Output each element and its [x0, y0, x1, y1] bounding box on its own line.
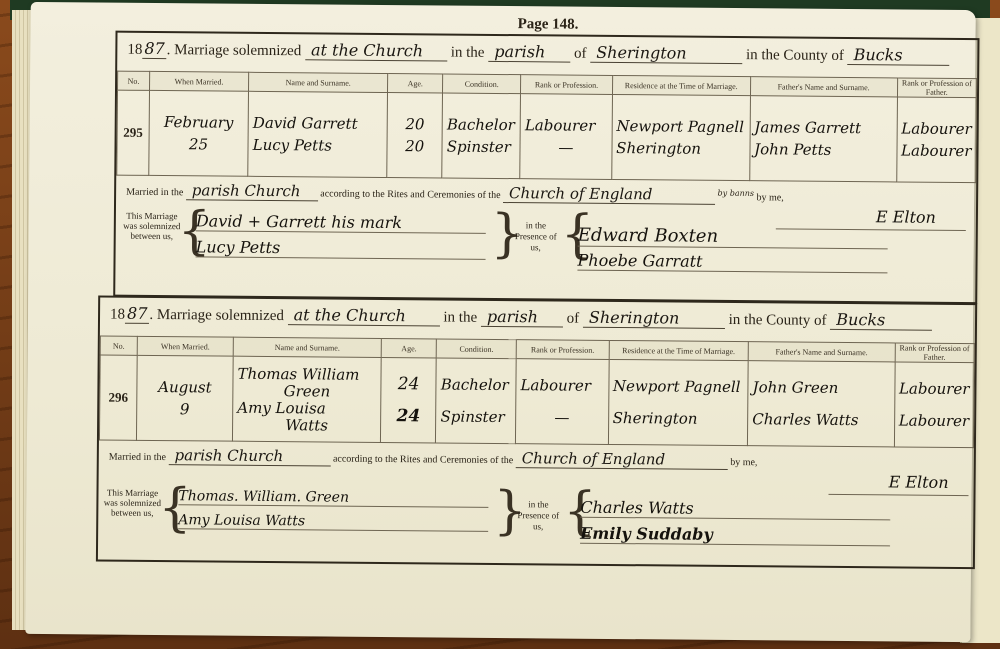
bride-signature: Lucy Petts [196, 237, 486, 260]
table-row: 296 August 9 Thomas William Green Amy Lo… [99, 355, 974, 448]
presence-label: in the Presence of us, [511, 220, 561, 253]
condition-cell: Bachelor Spinster [436, 358, 516, 444]
col-age: Age. [381, 338, 437, 357]
register-table: No. When Married. Name and Surname. Age.… [116, 71, 977, 184]
residence-cell: Newport Pagnell Sherington [611, 94, 750, 180]
names-cell: Thomas William Green Amy Louisa Watts [233, 356, 382, 442]
names-cell: David Garrett Lucy Petts [248, 91, 388, 177]
label-of: of [574, 46, 587, 62]
groom-age: 24 [385, 373, 432, 395]
groom-signature: David + Garrett his mark [196, 211, 486, 234]
label-in-the: in the [451, 45, 485, 61]
col-rank: Rank or Profession. [521, 75, 613, 95]
witness-2: Phoebe Garratt [577, 251, 887, 274]
place-value: at the Church [305, 40, 447, 61]
ages-cell: 20 20 [387, 93, 443, 178]
label-marriage-solemnized: Marriage solemnized [174, 42, 301, 59]
place-value: at the Church [288, 305, 440, 326]
witness-1: Charles Watts [580, 498, 890, 521]
groom-father-rank: Labourer [899, 377, 970, 400]
presence-label: in the Presence of us, [513, 499, 563, 532]
label-of: of [814, 313, 827, 329]
when-married-cell: February 25 [149, 90, 249, 176]
when-married-cell: August 9 [136, 355, 233, 441]
bride-age: 20 [392, 135, 438, 157]
married-in-value: parish Church [168, 446, 330, 466]
bride-name-line1: Amy Louisa [237, 399, 376, 418]
col-residence: Residence at the Time of Marriage. [609, 340, 749, 360]
rites-note: by banns [718, 189, 755, 198]
officiant-signature: E Elton [889, 472, 949, 492]
col-residence: Residence at the Time of Marriage. [612, 75, 750, 95]
district-type-value: parish [481, 307, 563, 328]
marriage-entry-295: 1887. Marriage solemnized at the Church … [113, 31, 979, 305]
col-condition: Condition. [443, 74, 521, 94]
district-value: Sherington [590, 43, 742, 64]
father-name-cell: James Garrett John Petts [749, 96, 897, 182]
groom-father: John Green [753, 376, 891, 399]
county-value: Bucks [848, 45, 950, 66]
bride-signature: Amy Louisa Watts [178, 512, 488, 532]
bride-name: Lucy Petts [253, 134, 383, 157]
bride-residence: Sherington [613, 407, 744, 430]
rank-cell: Labourer — [520, 94, 612, 180]
page-number: Page 148. [518, 16, 579, 34]
father-name-cell: John Green Charles Watts [748, 361, 895, 447]
label-married-in: Married in the [109, 452, 166, 463]
ages-cell: 24 24 [380, 357, 436, 442]
month: February [154, 111, 244, 134]
show-through-text [145, 588, 150, 603]
groom-residence: Newport Pagnell [616, 115, 745, 138]
label-rites: according to the Rites and Ceremonies of… [320, 188, 500, 201]
bride-father-rank: Labourer [899, 409, 970, 432]
father-rank-cell: Labourer Labourer [894, 362, 974, 448]
entry-heading: 1887. Marriage solemnized at the Church … [127, 39, 971, 74]
county-value: Bucks [830, 310, 932, 331]
bride-father: Charles Watts [752, 408, 890, 431]
label-county: in the County [746, 47, 828, 64]
year-prefix: 18 [110, 307, 125, 323]
married-in-line: Married in the parish Church according t… [109, 446, 758, 471]
groom-signature: Thomas. William. Green [178, 488, 488, 508]
married-in-value: parish Church [186, 181, 318, 201]
groom-name-line1: Thomas William [238, 365, 377, 384]
groom-condition: Bachelor [441, 373, 512, 396]
col-father-name: Father's Name and Surname. [748, 342, 895, 362]
officiant-signature: E Elton [876, 207, 936, 227]
solemnized-label: This Marriage was solemnized between us, [102, 488, 162, 519]
groom-condition: Bachelor [447, 114, 516, 137]
district-type-value: parish [488, 42, 570, 63]
solemnized-label: This Marriage was solemnized between us, [122, 211, 182, 242]
bride-rank: — [520, 406, 604, 429]
groom-name: David Garrett [253, 112, 383, 135]
label-of: of [831, 48, 844, 64]
bride-age: 24 [385, 405, 432, 427]
residence-cell: Newport Pagnell Sherington [608, 359, 748, 445]
groom-name-line2: Green [237, 383, 376, 400]
groom-rank: Labourer [525, 114, 608, 137]
entry-number: 295 [117, 90, 150, 175]
marriage-entry-296: 1887. Marriage solemnized at the Church … [96, 295, 977, 569]
entry-heading: 1887. Marriage solemnized at the Church … [110, 304, 969, 339]
rank-cell: Labourer — [516, 359, 609, 445]
col-name: Name and Surname. [233, 337, 381, 357]
label-by-me: by me, [756, 192, 783, 203]
label-married-in: Married in the [126, 187, 183, 198]
bride-rank: — [525, 136, 608, 159]
col-father-name: Father's Name and Surname. [750, 77, 897, 97]
col-name: Name and Surname. [249, 72, 388, 92]
rites-value: Church of England [516, 449, 728, 470]
married-in-line: Married in the parish Church according t… [126, 181, 784, 206]
label-of: of [567, 311, 580, 327]
district-value: Sherington [583, 308, 725, 329]
bride-condition: Spinster [440, 405, 511, 428]
groom-father: James Garrett [754, 116, 892, 139]
month: August [141, 376, 228, 399]
rites-value: Church of England [503, 184, 715, 205]
day: 9 [141, 398, 228, 421]
bride-father: John Petts [754, 138, 892, 161]
col-no: No. [100, 336, 137, 355]
label-in-the: in the [443, 310, 477, 326]
register-table: No. When Married. Name and Surname. Age.… [99, 336, 975, 449]
register-page: Page 148. 1887. Marriage solemnized at t… [25, 2, 975, 642]
label-by-me: by me, [730, 457, 757, 468]
officiant-line [829, 494, 969, 496]
year-suffix: 87 [125, 304, 150, 324]
label-marriage-solemnized: Marriage solemnized [157, 307, 284, 324]
bride-father-rank: Labourer [901, 139, 972, 162]
col-father-rank: Rank or Profession of Father. [897, 78, 977, 98]
father-rank-cell: Labourer Labourer [896, 97, 976, 183]
entry-number: 296 [99, 355, 137, 440]
groom-residence: Newport Pagnell [613, 375, 744, 398]
col-condition: Condition. [437, 339, 517, 359]
bride-name-line2: Watts [237, 417, 376, 434]
bride-residence: Sherington [616, 137, 745, 160]
year-prefix: 18 [127, 42, 142, 58]
col-father-rank: Rank or Profession of Father. [895, 343, 975, 363]
witness-1: Edward Boxten [578, 225, 888, 250]
condition-cell: Bachelor Spinster [442, 93, 521, 179]
col-no: No. [118, 71, 150, 90]
col-when-married: When Married. [149, 71, 248, 91]
label-rites: according to the Rites and Ceremonies of… [333, 454, 513, 467]
groom-rank: Labourer [520, 374, 604, 397]
col-when-married: When Married. [137, 336, 233, 356]
table-row: 295 February 25 David Garrett Lucy Petts… [117, 90, 977, 182]
year-suffix: 87 [142, 39, 167, 59]
bride-condition: Spinster [447, 136, 516, 159]
col-age: Age. [388, 74, 443, 93]
groom-father-rank: Labourer [901, 117, 972, 140]
groom-age: 20 [392, 113, 438, 135]
day: 25 [153, 133, 243, 156]
label-county: in the County [729, 312, 811, 329]
witness-2: Emily Suddaby [580, 524, 890, 547]
col-rank: Rank or Profession. [516, 340, 609, 360]
